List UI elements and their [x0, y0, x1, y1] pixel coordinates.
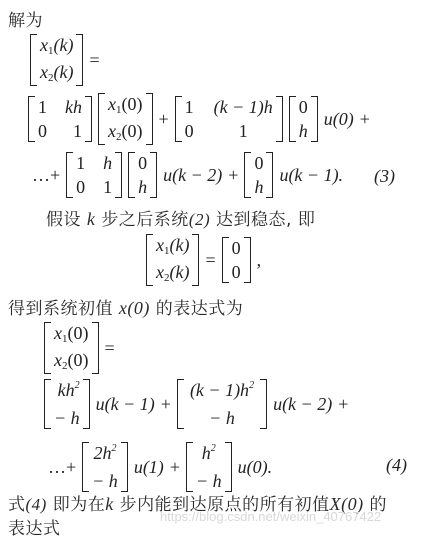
conclusion-line2: 表达式 — [8, 514, 61, 538]
input-vector-B: 0h — [244, 152, 273, 198]
state-vector-xk: x1(k) x2(k) — [30, 34, 83, 86]
steady-state-text: 假设 k 步之后系统(2) 达到稳态, 即 — [46, 205, 315, 230]
eq3-line2: 1kh 01 x1(0) x2(0) + 1(k − 1)h 01 0 h u(… — [28, 93, 370, 145]
eq3-lhs: x1(k) x2(k) = — [30, 34, 100, 86]
eq4-line2: kh2 − h u(k − 1) + (k − 1)h2 − h u(k − 2… — [44, 379, 348, 429]
equation-number-3: (3) — [374, 166, 395, 187]
initial-value-text: 得到系统初值 x(0) 的表达式为 — [8, 294, 243, 319]
eq3-line3: …+ 1h 01 0h u(k − 2) + 0h u(k − 1). — [32, 152, 343, 198]
intro-text: 解为 — [8, 6, 43, 31]
matrix-A-k-minus-1: 1(k − 1)h 01 — [175, 96, 283, 142]
eq4-lhs: x1(0) x2(0) = — [44, 322, 115, 374]
equation-number-4: (4) — [386, 455, 407, 476]
steady-state-equation: x1(k) x2(k) = 00 , — [146, 234, 261, 286]
matrix-A-k: 1kh 01 — [28, 96, 92, 142]
input-vector-B: 0 h — [289, 96, 318, 142]
watermark: https://blog.csdn.net/weixin_40767422 — [160, 509, 381, 524]
initial-state-vector: x1(0) x2(0) — [98, 93, 153, 145]
input-vector-B: 0h — [128, 152, 157, 198]
matrix-A: 1h 01 — [66, 152, 122, 198]
eq4-line3: …+ 2h2 − h u(1) + h2 − h u(0). — [48, 442, 272, 492]
